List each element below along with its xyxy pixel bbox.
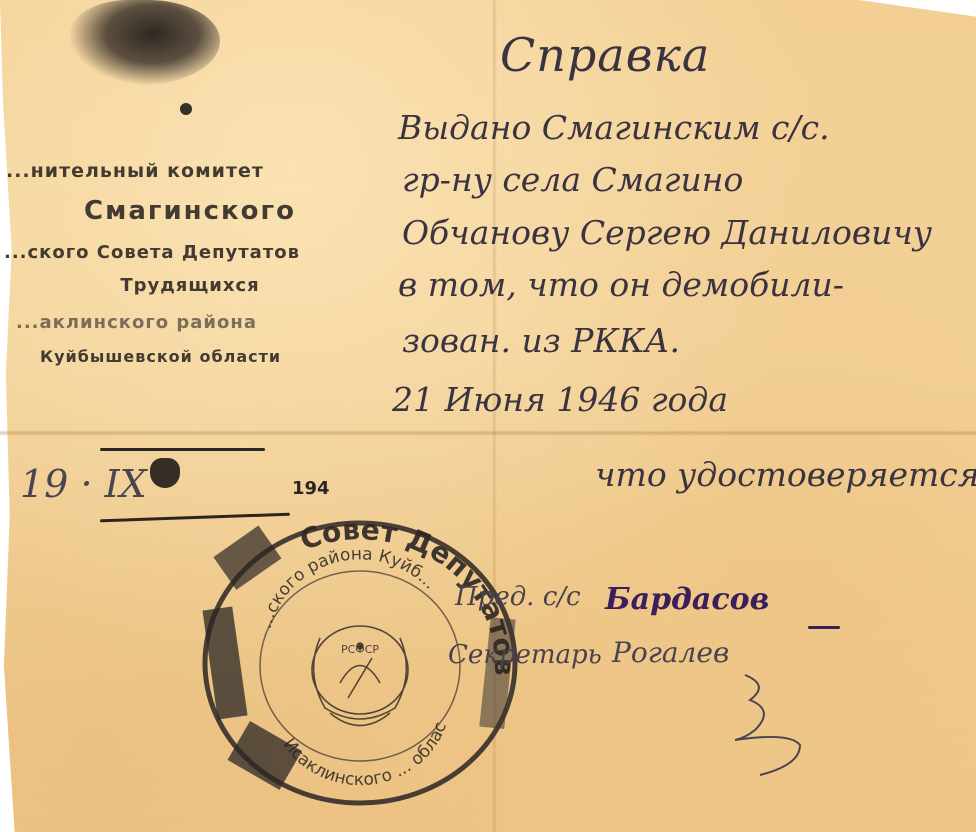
stamp-line-committee: ...нительный комитет — [0, 160, 380, 182]
body-line: зован. из РККА. — [402, 321, 680, 360]
stamp-line-village: Смагинского — [0, 196, 380, 226]
document-title: Справка — [500, 28, 710, 82]
issue-day: 19 — [20, 462, 68, 506]
stamp-rule-top — [100, 448, 265, 451]
body-line-date: 21 Июня 1946 года — [392, 380, 728, 419]
emblem-text: РСФСР — [341, 643, 379, 656]
secretary-signature: Рогалев — [612, 636, 729, 669]
ink-blot-small — [150, 458, 180, 488]
chairman-label: Пред. с/с — [455, 582, 581, 612]
issue-date: 19 · IX — [20, 462, 147, 506]
fold-crease-horizontal — [0, 430, 976, 436]
seal-inner-top-text: ...ского района Куйб... — [256, 544, 440, 631]
stamp-line-region: Куйбышевской области — [0, 347, 380, 366]
signature-dash — [808, 626, 840, 629]
soviet-emblem-icon — [312, 626, 408, 726]
body-line-certified: что удостоверяется — [595, 455, 976, 494]
organization-stamp: ...нительный комитет Смагинского ...ског… — [0, 160, 380, 366]
secretary-label: Секретарь — [448, 640, 602, 670]
issue-month: IX — [105, 462, 147, 506]
stamp-line-workers: Трудящихся — [0, 275, 380, 296]
body-line: в том, что он демобили- — [398, 265, 844, 304]
chairman-signature: Бардасов — [605, 582, 769, 617]
body-line: Выдано Смагинским с/с. — [398, 108, 830, 147]
stamp-line-district: ...аклинского района — [0, 312, 380, 333]
stamp-line-council: ...ского Совета Депутатов — [0, 242, 380, 263]
signature-flourish — [700, 670, 840, 780]
svg-text:...ского района Куйб...: ...ского района Куйб... — [256, 544, 440, 631]
issue-year: 194 — [292, 478, 330, 499]
body-line: Обчанову Сергею Даниловичу — [402, 213, 932, 252]
body-line: гр-ну села Смагино — [402, 160, 743, 199]
ink-dot — [180, 103, 192, 115]
